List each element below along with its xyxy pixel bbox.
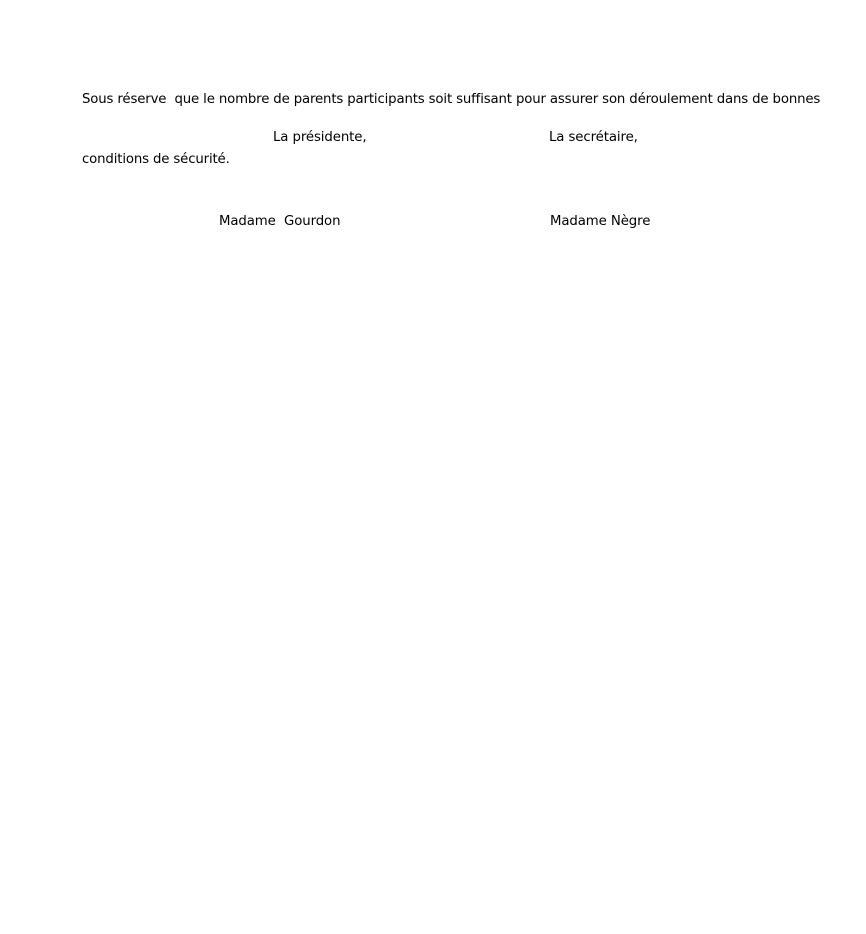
paragraph-line-1: Sous réserve que le nombre de parents pa… bbox=[82, 90, 822, 110]
condition-paragraph: Sous réserve que le nombre de parents pa… bbox=[82, 50, 822, 210]
president-name: Madame Gourdon bbox=[219, 213, 340, 231]
president-title: La présidente, bbox=[273, 129, 366, 147]
secretary-title: La secrétaire, bbox=[549, 129, 638, 147]
paragraph-line-2: conditions de sécurité. bbox=[82, 150, 822, 170]
secretary-name: Madame Nègre bbox=[550, 213, 650, 231]
